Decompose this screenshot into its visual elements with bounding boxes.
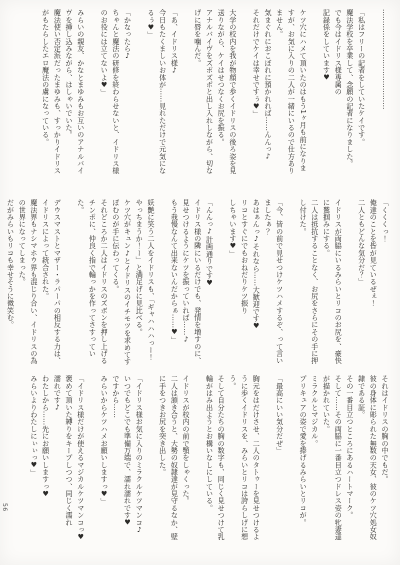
- text-block-bottom: それはイドリスの胸の中でもだ。 彼の身体に彫られた無数の天女、彼のケツ穴処女奴 …: [27, 375, 390, 547]
- novel-page: …………………………………… 「私はフリーの記者をしていたケイです。 魔法学校を…: [0, 0, 400, 565]
- page-number: 56: [1, 503, 8, 512]
- text-block-middle: 「くくくっ！ 俺達のことを皆が見ているぜぇ！ 二人ともどんな気分だ？」 イドリス…: [4, 199, 390, 371]
- text-block-top: …………………………………… 「私はフリーの記者をしていたケイです。 魔法学校を…: [39, 9, 390, 187]
